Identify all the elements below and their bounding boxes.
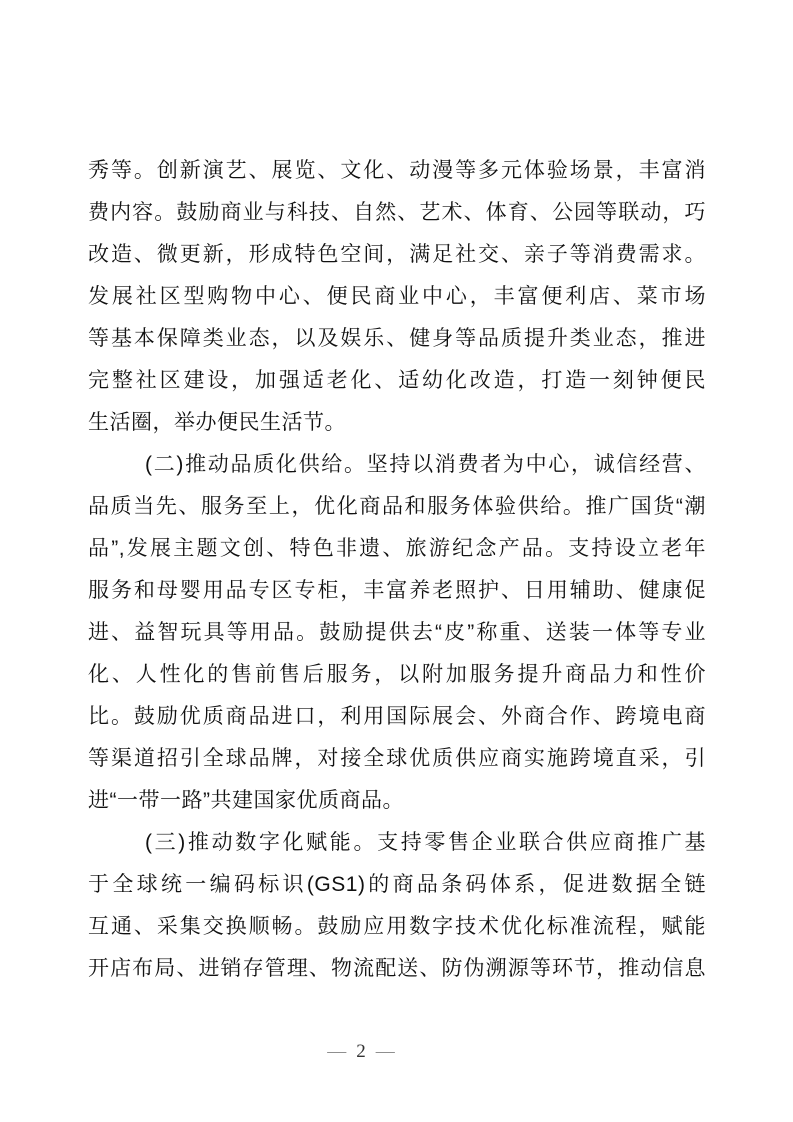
text-line: 开店布局、进销存管理、物流配送、防伪溯源等环节，推动信息	[88, 948, 706, 990]
paragraph-2: (二)推动品质化供给。坚持以消费者为中心，诚信经营、品质当先、服务至上，优化商品…	[88, 444, 706, 822]
text-line: 服务和母婴用品专区专柜，丰富养老照护、日用辅助、健康促	[88, 570, 706, 612]
text-line: (三)推动数字化赋能。支持零售企业联合供应商推广基	[88, 822, 706, 864]
page-number: 2	[346, 1041, 376, 1062]
text-line: 品质当先、服务至上，优化商品和服务体验供给。推广国货“潮	[88, 486, 706, 528]
text-line: 秀等。创新演艺、展览、文化、动漫等多元体验场景，丰富消	[88, 150, 706, 192]
text-line: 发展社区型购物中心、便民商业中心，丰富便利店、菜市场	[88, 276, 706, 318]
text-line: 进“一带一路”共建国家优质商品。	[88, 780, 706, 822]
text-line: 生活圈，举办便民生活节。	[88, 402, 706, 444]
text-line: 等基本保障类业态，以及娱乐、健身等品质提升类业态，推进	[88, 318, 706, 360]
text-line: 互通、采集交换顺畅。鼓励应用数字技术优化标准流程，赋能	[88, 906, 706, 948]
text-line: 比。鼓励优质商品进口，利用国际展会、外商合作、跨境电商	[88, 696, 706, 738]
text-line: 于全球统一编码标识(GS1)的商品条码体系，促进数据全链	[88, 864, 706, 906]
page-footer: —2—	[0, 1037, 722, 1067]
text-line: 完整社区建设，加强适老化、适幼化改造，打造一刻钟便民	[88, 360, 706, 402]
text-line: 等渠道招引全球品牌，对接全球优质供应商实施跨境直采，引	[88, 738, 706, 780]
footer-dash-left: —	[327, 1041, 346, 1062]
text-line: 化、人性化的售前售后服务，以附加服务提升商品力和性价	[88, 654, 706, 696]
document-page: 秀等。创新演艺、展览、文化、动漫等多元体验场景，丰富消费内容。鼓励商业与科技、自…	[0, 0, 793, 1122]
text-line: 品”,发展主题文创、特色非遗、旅游纪念产品。支持设立老年	[88, 528, 706, 570]
paragraph-1: 秀等。创新演艺、展览、文化、动漫等多元体验场景，丰富消费内容。鼓励商业与科技、自…	[88, 150, 706, 444]
paragraph-3: (三)推动数字化赋能。支持零售企业联合供应商推广基于全球统一编码标识(GS1)的…	[88, 822, 706, 990]
text-line: (二)推动品质化供给。坚持以消费者为中心，诚信经营、	[88, 444, 706, 486]
text-line: 进、益智玩具等用品。鼓励提供去“皮”称重、送装一体等专业	[88, 612, 706, 654]
text-line: 费内容。鼓励商业与科技、自然、艺术、体育、公园等联动，巧	[88, 192, 706, 234]
text-line: 改造、微更新，形成特色空间，满足社交、亲子等消费需求。	[88, 234, 706, 276]
text-block: 秀等。创新演艺、展览、文化、动漫等多元体验场景，丰富消费内容。鼓励商业与科技、自…	[88, 150, 706, 990]
footer-dash-right: —	[376, 1041, 395, 1062]
